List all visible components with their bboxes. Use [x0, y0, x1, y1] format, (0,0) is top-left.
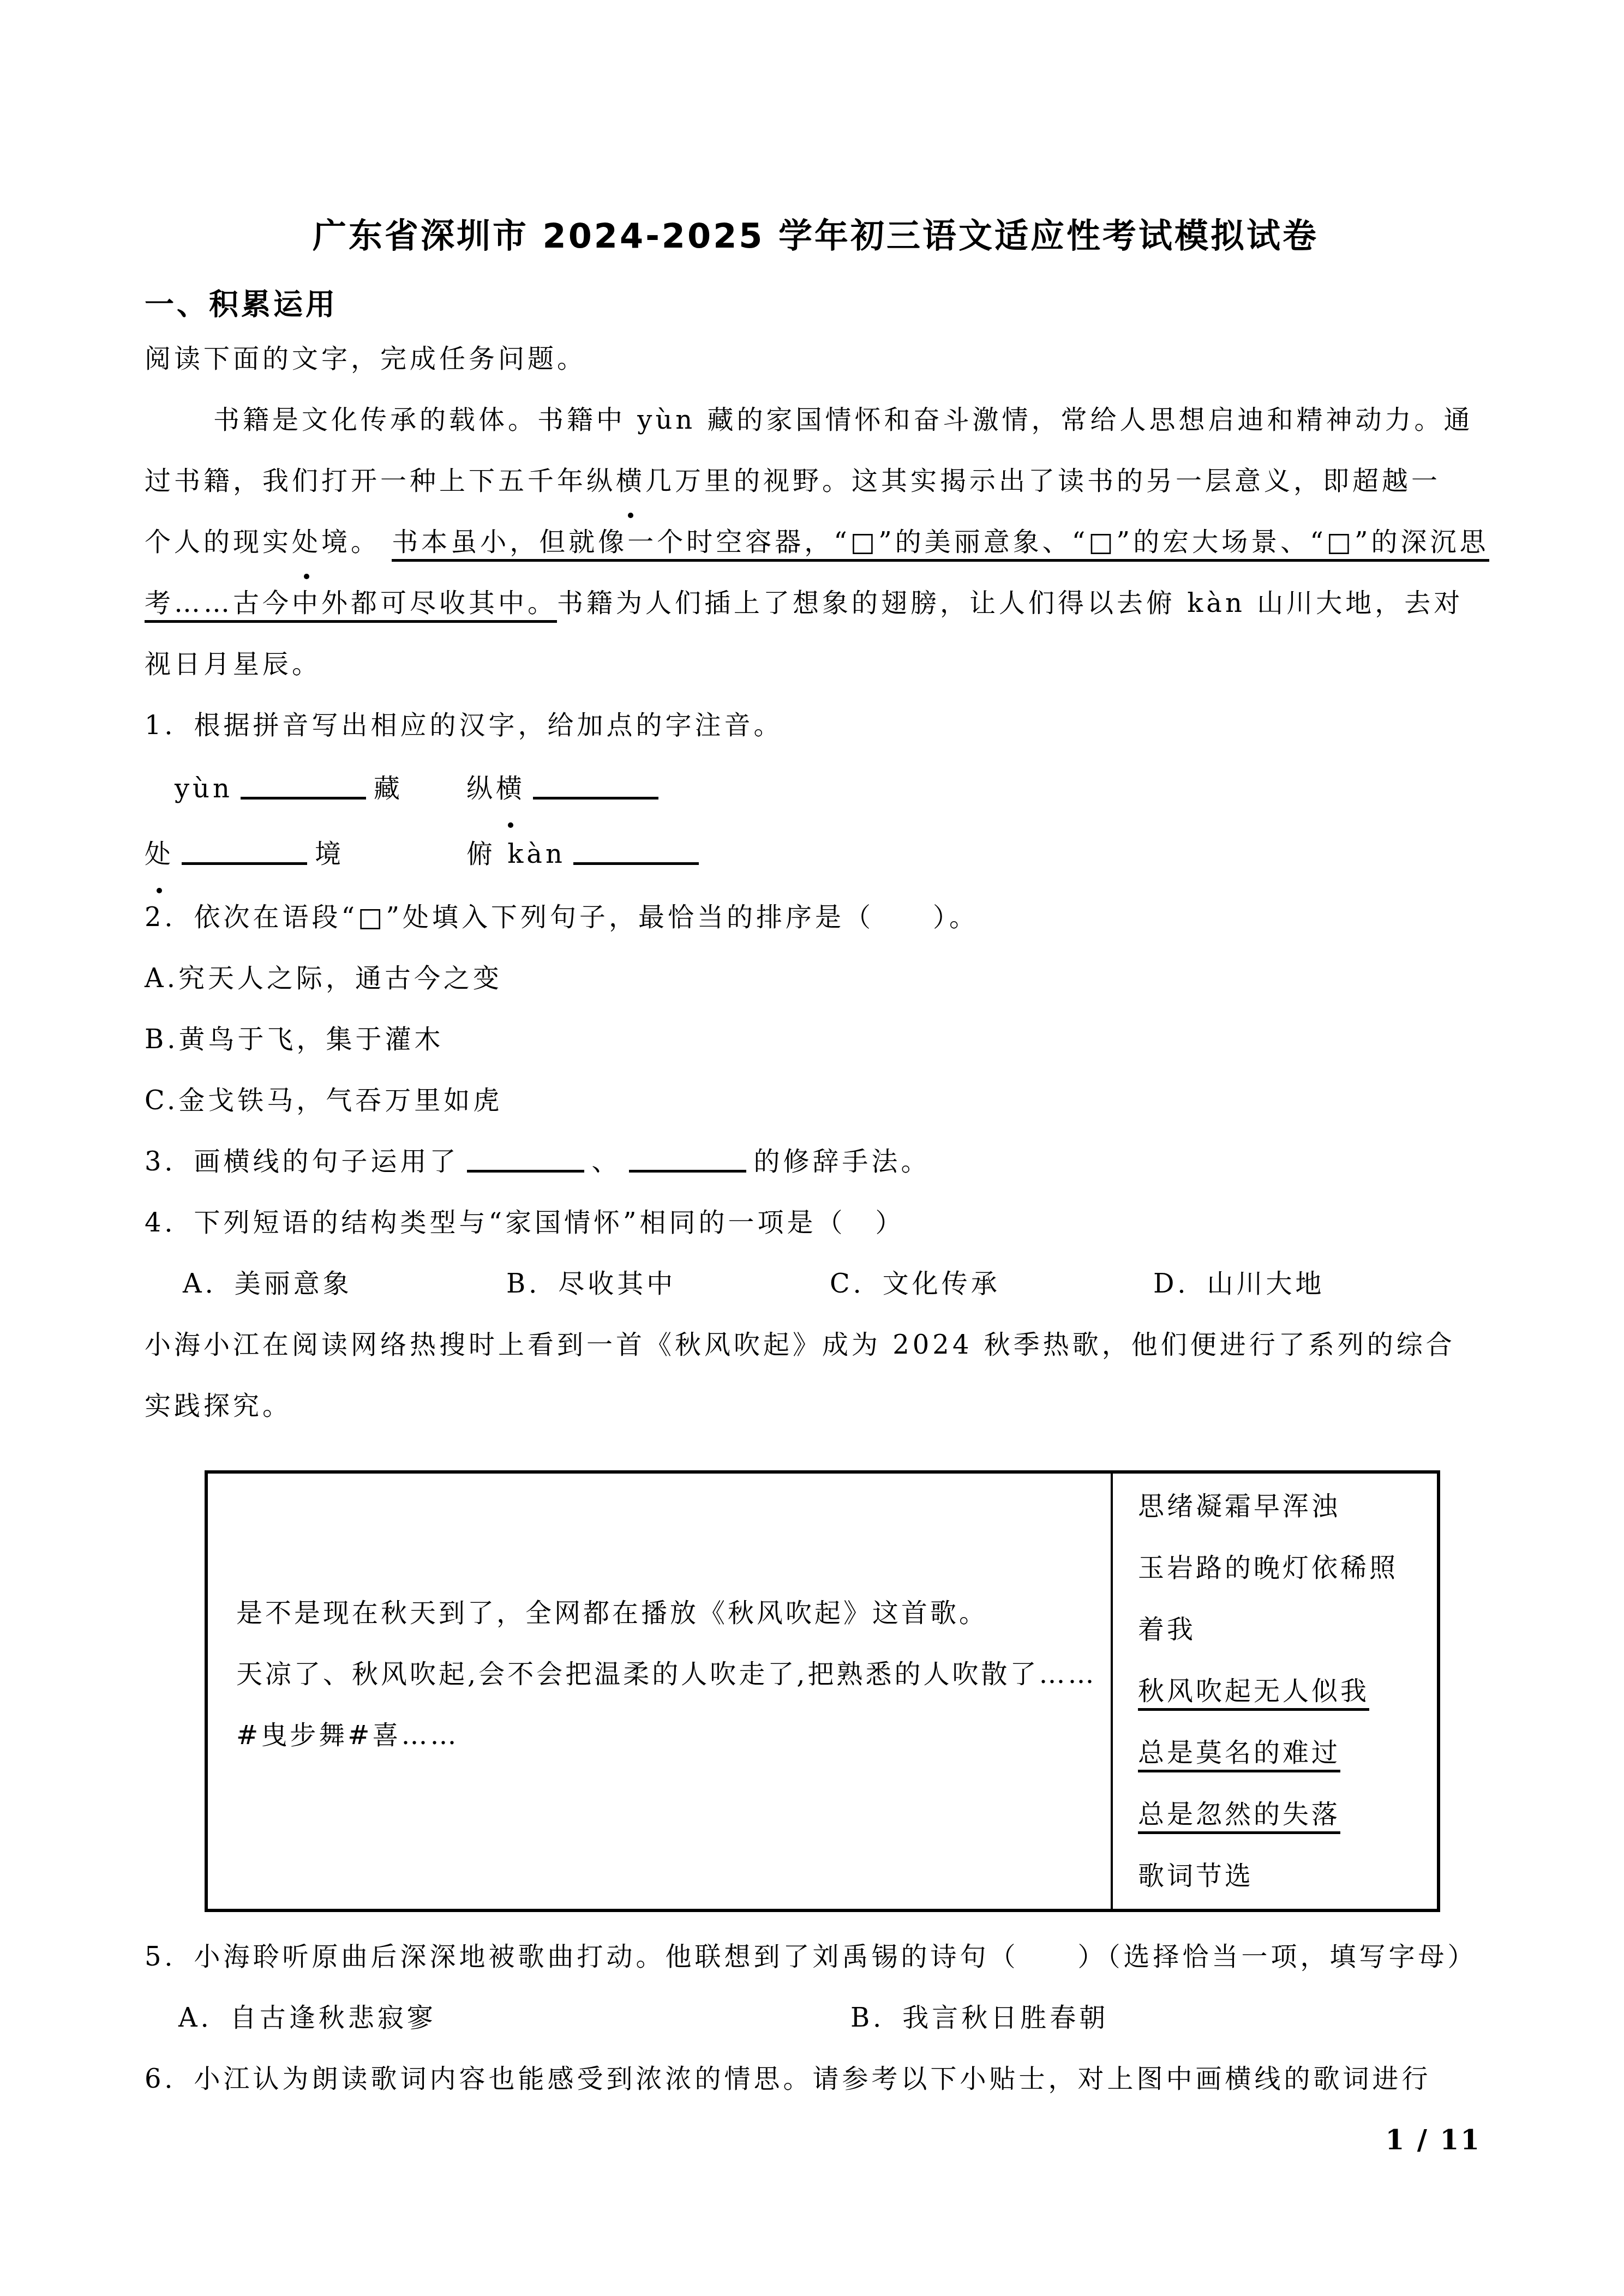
pinyin-item-zongheng: 纵横	[466, 756, 666, 821]
lyric-line: 思绪凝霜早浑浊	[1138, 1476, 1431, 1537]
char-label: 境	[315, 839, 344, 869]
lyrics-table: 是不是现在秋天到了，全网都在播放《秋风吹起》这首歌。 天凉了、秋风吹起,会不会把…	[205, 1470, 1440, 1912]
answer-blank	[467, 1168, 584, 1173]
question-text: 3．画横线的句子运用了	[145, 1146, 459, 1177]
question-2-stem: 2．依次在语段“□”处填入下列句子，最恰当的排序是（ ）。	[145, 887, 1487, 948]
lyric-source-label: 歌词节选	[1138, 1846, 1431, 1907]
passage-line-3: 个人的现实处境。 书本虽小，但就像一个时空容器，“□”的美丽意象、“□”的宏大场…	[145, 512, 1487, 573]
comment-line: 是不是现在秋天到了，全网都在播放《秋风吹起》这首歌。	[236, 1583, 1111, 1644]
pinyin-item-yun: yùn藏	[145, 773, 403, 804]
context-line-2: 实践探究。	[145, 1375, 1487, 1436]
pinyin-row-1: yùn藏 纵横	[145, 756, 1487, 821]
question-5-option-a: A．自古逢秋悲寂寥	[178, 1987, 850, 2048]
page-content: 广东省深圳市 2024-2025 学年初三语文适应性考试模拟试卷 一、积累运用 …	[145, 0, 1487, 2171]
underlined-lyric: 总是莫名的难过	[1138, 1738, 1340, 1772]
page-number: 1 / 11	[145, 2109, 1487, 2171]
question-4-options: A．美丽意象B．尽收其中C．文化传承D．山川大地	[145, 1253, 1487, 1314]
pinyin-label: yùn	[175, 773, 233, 804]
question-text: 、	[592, 1146, 621, 1177]
pinyin-item-fukan: 俯 kàn	[466, 821, 706, 887]
question-5-options: A．自古逢秋悲寂寥B．我言秋日胜春朝	[145, 1987, 1487, 2048]
passage-line-4: 考……古今中外都可尽收其中。书籍为人们插上了想象的翅膀，让人们得以去俯 kàn …	[145, 573, 1487, 634]
question-text: 的修辞手法。	[754, 1146, 931, 1177]
passage-text: 过书籍，我们打开一种上下五千年纵	[145, 466, 616, 496]
question-4-option-b: B．尽收其中	[506, 1253, 830, 1314]
question-4-option-c: C．文化传承	[830, 1253, 1153, 1314]
lyric-line-underlined: 总是莫名的难过	[1138, 1722, 1431, 1784]
char-label: 藏	[374, 773, 403, 804]
passage-text: 境。	[321, 527, 392, 557]
intro-line: 阅读下面的文字，完成任务问题。	[145, 328, 1487, 389]
pinyin-row-2: 处境 俯 kàn	[145, 821, 1487, 887]
passage-text: 个人的现实	[145, 527, 292, 557]
passage-text: 书籍为人们插上了想象的翅膀，让人们得以去俯 kàn 山川大地，去对	[557, 588, 1463, 618]
char-label: 纵	[466, 773, 496, 804]
lyrics-table-lyrics-cell: 思绪凝霜早浑浊 玉岩路的晚灯依稀照 着我 秋风吹起无人似我 总是莫名的难过 总是…	[1113, 1474, 1431, 1909]
dotted-char: 处	[145, 821, 174, 887]
passage-line-1: 书籍是文化传承的载体。书籍中 yùn 藏的家国情怀和奋斗激情，常给人思想启迪和精…	[145, 389, 1487, 450]
answer-blank	[241, 795, 366, 800]
underlined-sentence: 考……古今中外都可尽收其中。	[145, 588, 557, 623]
question-4-option-d: D．山川大地	[1153, 1269, 1325, 1299]
char-label: 俯 kàn	[466, 839, 566, 869]
passage-text: 几万里的视野。这其实揭示出了读书的另一层意义，即超越一	[645, 466, 1441, 496]
underlined-lyric: 总是忽然的失落	[1138, 1799, 1340, 1834]
underlined-sentence: 书本虽小，但就像一个时空容器，“□”的美丽意象、“□”的宏大场景、“□”的深沉思	[392, 527, 1489, 562]
page-title: 广东省深圳市 2024-2025 学年初三语文适应性考试模拟试卷	[145, 214, 1487, 259]
section-heading: 一、积累运用	[145, 281, 1487, 328]
dotted-char: 横	[496, 756, 525, 821]
question-2-option-a: A.究天人之际，通古今之变	[145, 948, 1487, 1009]
lyric-line: 玉岩路的晚灯依稀照	[1138, 1537, 1431, 1599]
question-6-stem: 6．小江认为朗读歌词内容也能感受到浓浓的情思。请参考以下小贴士，对上图中画横线的…	[145, 2048, 1487, 2109]
question-5-stem: 5．小海聆听原曲后深深地被歌曲打动。他联想到了刘禹锡的诗句（ ）（选择恰当一项，…	[145, 1926, 1487, 1987]
question-3-stem: 3．画横线的句子运用了、的修辞手法。	[145, 1131, 1487, 1192]
question-2-option-c: C.金戈铁马，气吞万里如虎	[145, 1070, 1487, 1131]
question-1-stem: 1．根据拼音写出相应的汉字，给加点的字注音。	[145, 695, 1487, 756]
answer-blank	[533, 795, 658, 800]
lyrics-table-comments-cell: 是不是现在秋天到了，全网都在播放《秋风吹起》这首歌。 天凉了、秋风吹起,会不会把…	[208, 1474, 1113, 1909]
passage-line-2: 过书籍，我们打开一种上下五千年纵横几万里的视野。这其实揭示出了读书的另一层意义，…	[145, 450, 1487, 512]
lyric-line: 着我	[1138, 1599, 1431, 1661]
passage-line-5: 视日月星辰。	[145, 634, 1487, 695]
question-4-option-a: A．美丽意象	[183, 1253, 506, 1314]
context-line-1: 小海小江在阅读网络热搜时上看到一首《秋风吹起》成为 2024 秋季热歌，他们便进…	[145, 1314, 1487, 1375]
exam-paper-page: 广东省深圳市 2024-2025 学年初三语文适应性考试模拟试卷 一、积累运用 …	[0, 0, 1624, 2296]
answer-blank	[629, 1168, 746, 1173]
dotted-char: 横	[616, 450, 645, 512]
pinyin-item-chu: 处境	[145, 839, 344, 869]
lyric-line-underlined: 秋风吹起无人似我	[1138, 1661, 1431, 1722]
answer-blank	[573, 860, 699, 865]
question-2-option-b: B.黄鸟于飞，集于灌木	[145, 1009, 1487, 1070]
question-4-stem: 4．下列短语的结构类型与“家国情怀”相同的一项是（ ）	[145, 1192, 1487, 1253]
comment-line: #曳步舞#喜……	[236, 1705, 1111, 1766]
dotted-char: 处	[292, 512, 321, 573]
lyric-line-underlined: 总是忽然的失落	[1138, 1784, 1431, 1846]
comment-line: 天凉了、秋风吹起,会不会把温柔的人吹走了,把熟悉的人吹散了……	[236, 1644, 1111, 1705]
underlined-lyric: 秋风吹起无人似我	[1138, 1676, 1369, 1711]
question-5-option-b: B．我言秋日胜春朝	[850, 2003, 1108, 2033]
answer-blank	[182, 860, 307, 865]
